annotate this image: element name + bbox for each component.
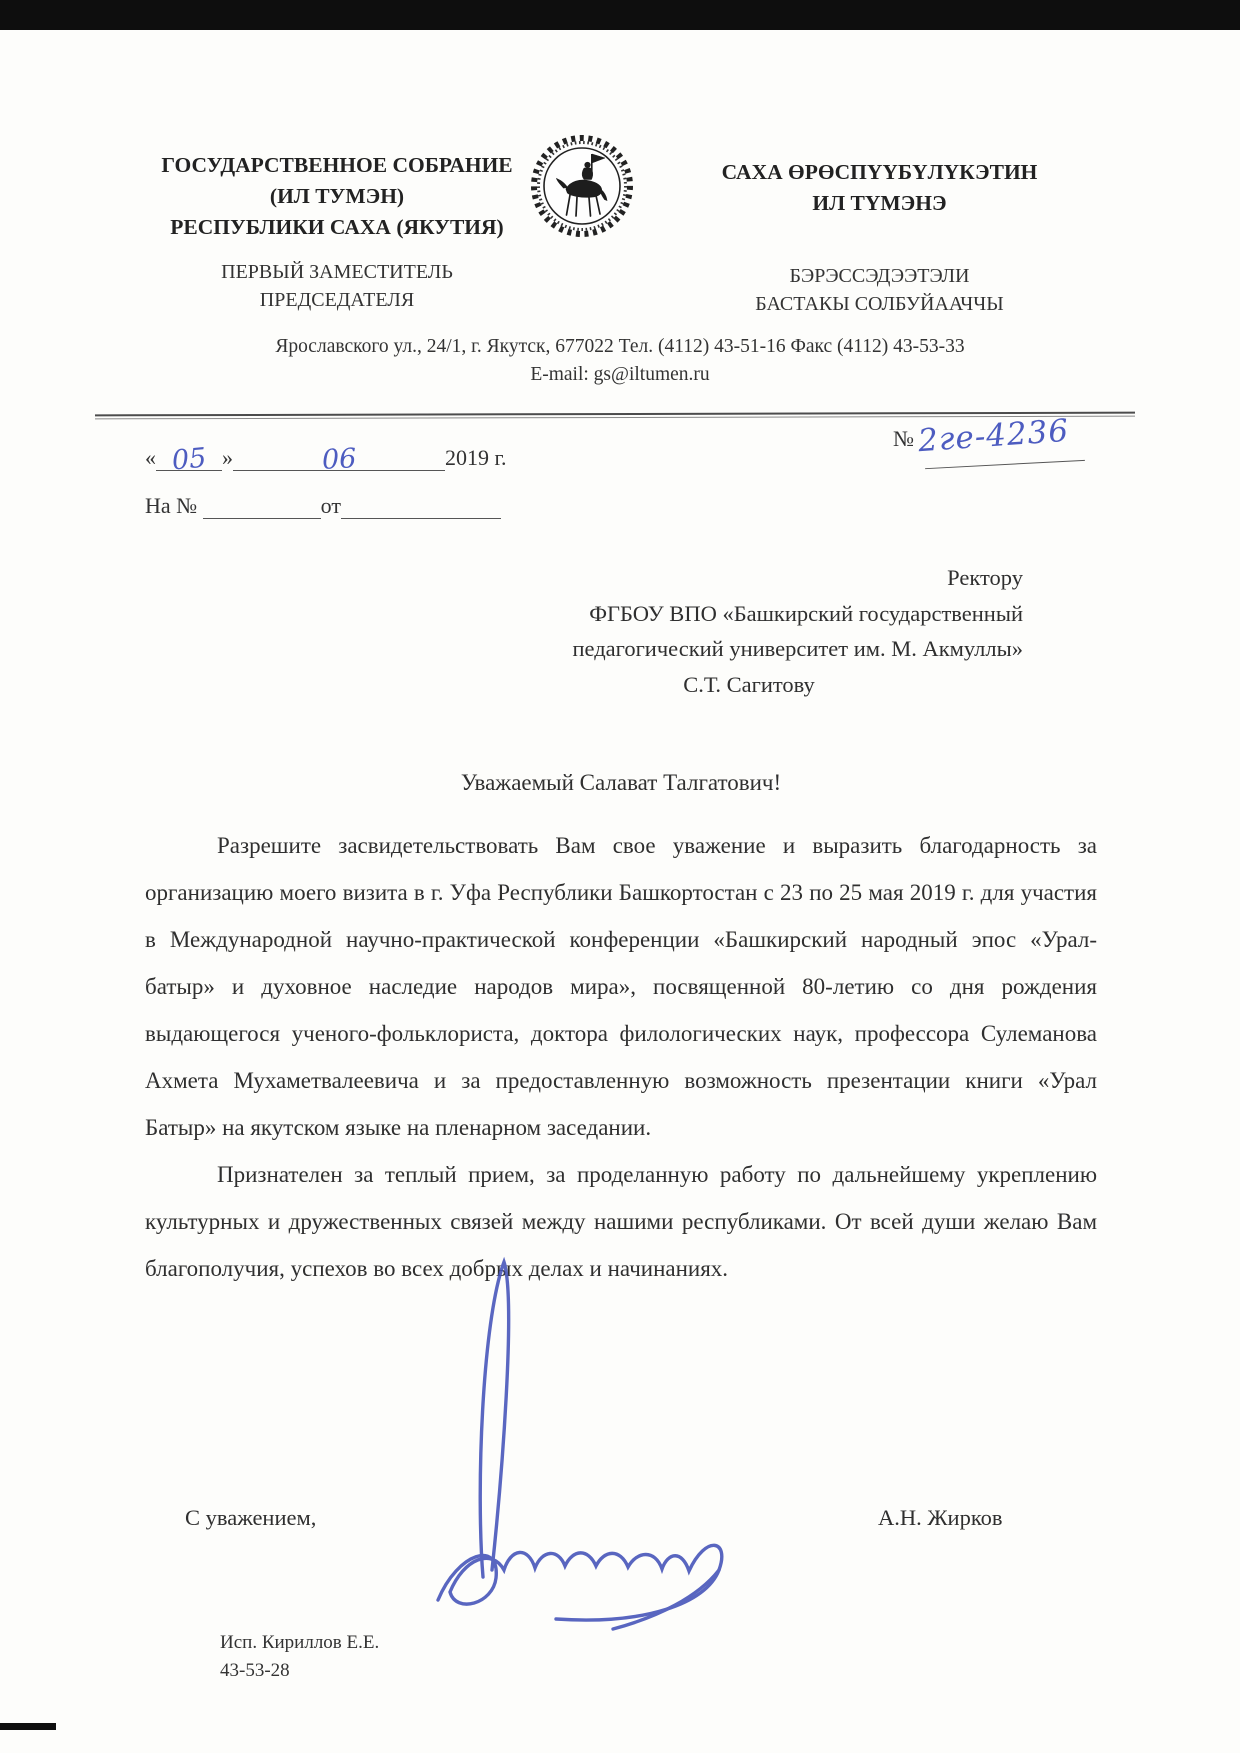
- date-year: 2019 г.: [445, 445, 507, 470]
- date-quote-open: «: [145, 445, 156, 470]
- org-name-sakha: САХА ӨРӨСПҮҮБҮЛҮКЭТИН ИЛ ТҮМЭНЭ: [652, 157, 1107, 219]
- org-ru-line1: ГОСУДАРСТВЕННОЕ СОБРАНИЕ: [138, 150, 536, 181]
- salutation-line: Уважаемый Салават Талгатович!: [145, 770, 1097, 796]
- executor-line: Исп. Кириллов Е.Е.: [220, 1632, 379, 1654]
- letter-number-line: №2ге-4236: [893, 418, 1069, 454]
- body-paragraph-1: Разрешите засвидетельствовать Вам свое у…: [145, 822, 1097, 1151]
- date-month-slot: 06: [233, 444, 445, 471]
- scan-artifact-top-bar: [0, 0, 1240, 30]
- addressee-block: Ректору ФГБОУ ВПО «Башкирский государств…: [475, 560, 1023, 702]
- reply-number-slot: [203, 492, 321, 519]
- closing-phrase: С уважением,: [185, 1505, 316, 1531]
- reply-from-label: от: [321, 493, 341, 518]
- post-sakha-line1: БЭРЭССЭДЭЭТЭЛИ: [652, 262, 1107, 290]
- post-title-russian: ПЕРВЫЙ ЗАМЕСТИТЕЛЬ ПРЕДСЕДАТЕЛЯ: [138, 258, 536, 314]
- letter-date-line: «05»062019 г.: [145, 444, 507, 471]
- post-title-sakha: БЭРЭССЭДЭЭТЭЛИ БАСТАКЫ СОЛБУЙААЧЧЫ: [652, 262, 1107, 318]
- letter-number-underline: [925, 460, 1085, 470]
- date-quote-close: »: [222, 445, 233, 470]
- post-ru-line1: ПЕРВЫЙ ЗАМЕСТИТЕЛЬ: [138, 258, 536, 286]
- handwritten-signature-icon: [408, 1252, 808, 1632]
- org-email-line: E-mail: gs@iltumen.ru: [0, 364, 1240, 386]
- reply-date-slot: [341, 492, 501, 519]
- addressee-line-org2: педагогический университет им. М. Акмулл…: [475, 631, 1023, 667]
- post-sakha-line2: БАСТАКЫ СОЛБУЙААЧЧЫ: [652, 290, 1107, 318]
- date-day-slot: 05: [156, 444, 222, 471]
- number-label: №: [893, 426, 914, 451]
- org-sakha-line2: ИЛ ТҮМЭНЭ: [652, 188, 1107, 219]
- letter-body: Разрешите засвидетельствовать Вам свое у…: [145, 822, 1097, 1292]
- reply-label: На №: [145, 493, 197, 518]
- sakha-republic-seal-icon: [530, 134, 634, 238]
- org-sakha-line1: САХА ӨРӨСПҮҮБҮЛҮКЭТИН: [652, 157, 1107, 188]
- org-name-russian: ГОСУДАРСТВЕННОЕ СОБРАНИЕ (ИЛ ТУМЭН) РЕСП…: [138, 150, 536, 243]
- addressee-line-position: Ректору: [475, 560, 1023, 596]
- handwritten-letter-number: 2ге-4236: [917, 413, 1070, 459]
- org-address-line: Ярославского ул., 24/1, г. Якутск, 67702…: [0, 336, 1240, 358]
- org-ru-line3: РЕСПУБЛИКИ САХА (ЯКУТИЯ): [138, 212, 536, 243]
- handwritten-day: 05: [171, 443, 208, 477]
- executor-phone: 43-53-28: [220, 1660, 290, 1682]
- scanned-letter-page: ГОСУДАРСТВЕННОЕ СОБРАНИЕ (ИЛ ТУМЭН) РЕСП…: [0, 0, 1240, 1753]
- org-ru-line2: (ИЛ ТУМЭН): [138, 181, 536, 212]
- scan-artifact-bottom-mark: [0, 1723, 56, 1730]
- reply-reference-line: На № от: [145, 492, 501, 519]
- handwritten-month: 06: [321, 443, 357, 476]
- addressee-line-org1: ФГБОУ ВПО «Башкирский государственный: [475, 596, 1023, 632]
- post-ru-line2: ПРЕДСЕДАТЕЛЯ: [138, 286, 536, 314]
- addressee-line-name: С.Т. Сагитову: [475, 667, 1023, 703]
- signer-name: А.Н. Жирков: [878, 1505, 1003, 1531]
